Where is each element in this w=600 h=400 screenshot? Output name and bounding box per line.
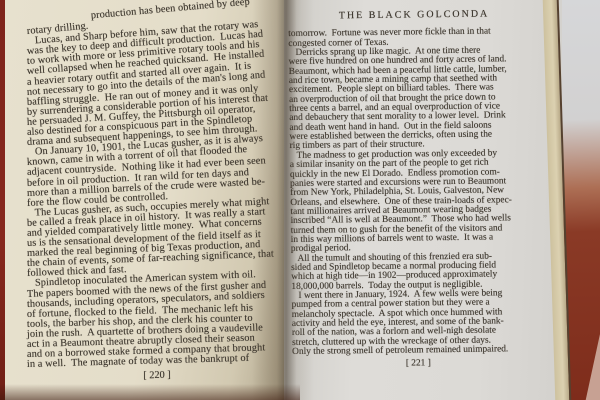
right-page: THE BLACK GOLCONDA tomorrow. Fortune was… bbox=[284, 0, 562, 400]
left-page: production has been obtained by deeprota… bbox=[5, 0, 292, 400]
right-page-number: [ 221 ] bbox=[292, 358, 544, 370]
right-page-text: THE BLACK GOLCONDA tomorrow. Fortune was… bbox=[288, 9, 544, 371]
book-photo: production has been obtained by deeprota… bbox=[0, 0, 600, 400]
left-page-text: production has been obtained by deeprota… bbox=[27, 17, 292, 370]
right-page-body: tomorrow. Fortune was never more fickle … bbox=[288, 27, 544, 357]
running-header: THE BLACK GOLCONDA bbox=[288, 9, 540, 21]
